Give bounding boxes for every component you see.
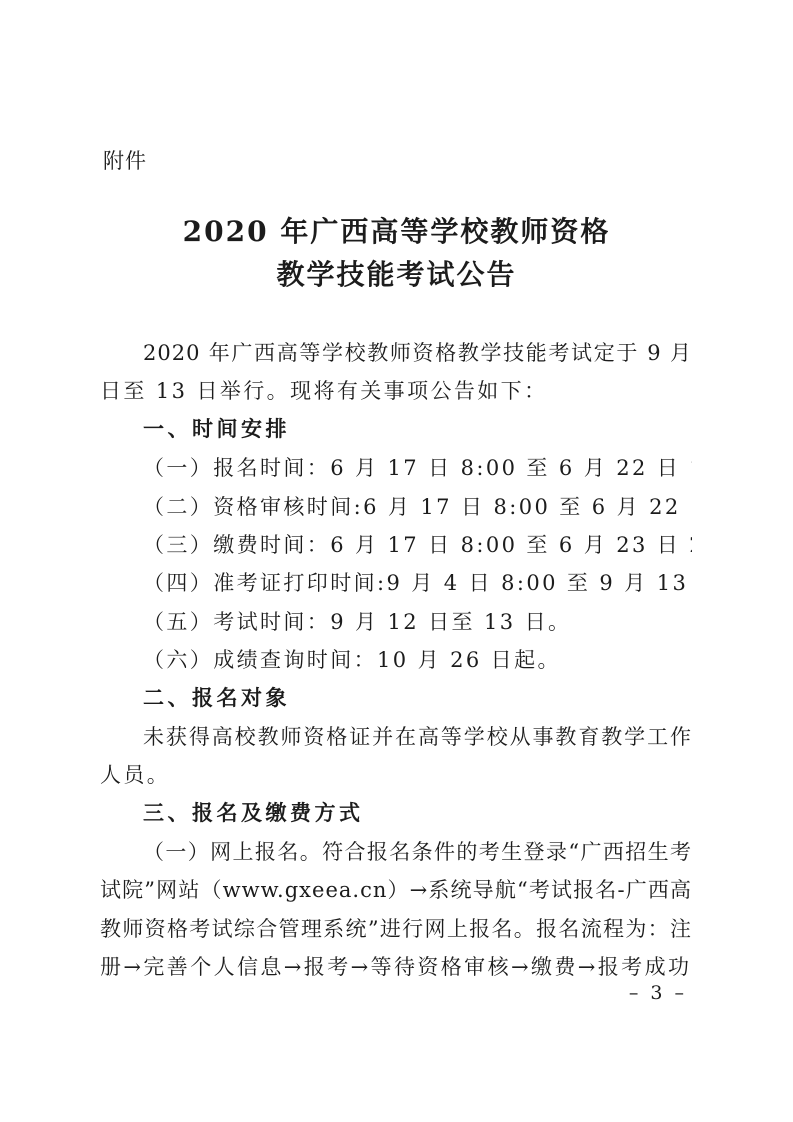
schedule-item-3: （三）缴费时间：6 月 17 日 8:00 至 6 月 23 日 24:00。 <box>100 526 692 564</box>
document-page: 附件 2020 年广西高等学校教师资格 教学技能考试公告 2020 年广西高等学… <box>0 0 793 1122</box>
schedule-item-5: （五）考试时间：9 月 12 日至 13 日。 <box>100 603 692 641</box>
section-3-line-2: 试院”网站（www.gxeea.cn）→系统导航“考试报名-广西高校 <box>100 871 692 909</box>
document-title: 2020 年广西高等学校教师资格 教学技能考试公告 <box>0 210 793 296</box>
section-3-heading: 三、报名及缴费方式 <box>100 795 692 833</box>
attachment-label: 附件 <box>103 145 147 175</box>
section-3-line-3: 教师资格考试综合管理系统”进行网上报名。报名流程为：注 <box>100 910 692 948</box>
intro-line-2: 日至 13 日举行。现将有关事项公告如下： <box>100 372 692 410</box>
schedule-item-1: （一）报名时间：6 月 17 日 8:00 至 6 月 22 日 17:00。 <box>100 449 692 487</box>
document-body: 2020 年广西高等学校教师资格教学技能考试定于 9 月 12 日至 13 日举… <box>100 334 692 987</box>
intro-line-1: 2020 年广西高等学校教师资格教学技能考试定于 9 月 12 <box>100 334 692 372</box>
section-2-heading: 二、报名对象 <box>100 680 692 718</box>
section-3-line-1: （一）网上报名。符合报名条件的考生登录“广西招生考 <box>100 833 692 871</box>
section-3-line-4: 册→完善个人信息→报考→等待资格审核→缴费→报考成功。 <box>100 948 692 986</box>
schedule-item-6: （六）成绩查询时间：10 月 26 日起。 <box>100 641 692 679</box>
schedule-item-4: （四）准考证打印时间:9 月 4 日 8:00 至 9 月 13 日 17:00… <box>100 564 692 602</box>
section-2-line-2: 人员。 <box>100 756 692 794</box>
section-1-heading: 一、时间安排 <box>100 411 692 449</box>
schedule-item-2: （二）资格审核时间:6 月 17 日 8:00 至 6 月 22 日 18:00… <box>100 488 692 526</box>
document-title-line-2: 教学技能考试公告 <box>0 253 793 296</box>
section-2-line-1: 未获得高校教师资格证并在高等学校从事教育教学工作的 <box>100 718 692 756</box>
document-title-line-1: 2020 年广西高等学校教师资格 <box>0 210 793 253</box>
page-number: – 3 – <box>629 982 687 1004</box>
